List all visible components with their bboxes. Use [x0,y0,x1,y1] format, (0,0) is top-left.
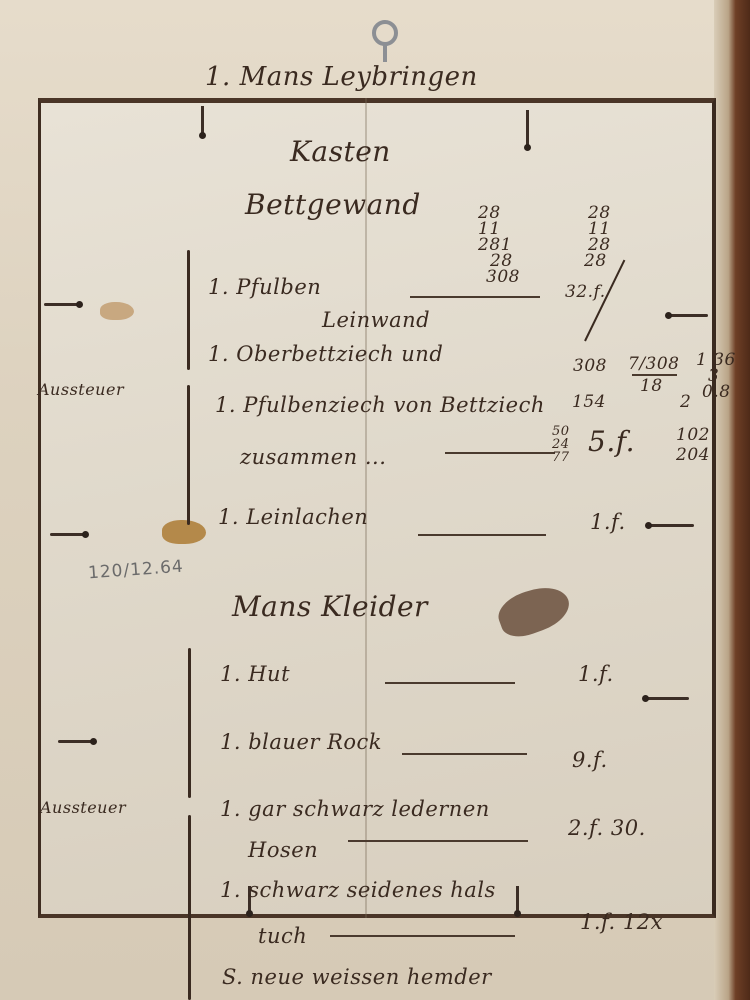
nail-icon [201,106,204,136]
margin-label-aussteuer-2: Aussteuer [40,798,126,817]
item-price: 1.f. [578,662,614,686]
margin-label-aussteuer-1: Aussteuer [38,380,124,399]
brace [187,385,190,525]
item-text: schwarz seidenes hals [248,878,496,902]
line-rule [385,682,515,684]
item-subtext: tuch [258,924,307,948]
item-price: 9.f. [572,748,608,772]
item-text: Oberbettziech und [236,342,443,366]
item-text: blauer Rock [248,730,382,754]
line-rule [445,452,555,454]
eye-hook-stem [383,42,387,62]
nail-icon [645,697,689,700]
calc-column-a: 28 11 281 28 308 [478,205,512,285]
calc-column-d: 102 204 [676,425,710,465]
item-qty: 1. [220,730,241,754]
item-qty: 1. [218,505,239,529]
item-subtext: zusammen ... [240,445,386,469]
item-price: 308 [573,356,607,376]
item-qty: 1. [208,275,229,299]
line-rule [330,935,515,937]
nail-icon [526,110,529,148]
item-price: 5.f. [588,425,635,458]
document-sheet [38,98,716,918]
nail-icon [648,524,694,527]
line-rule [410,296,540,298]
item-text: Hut [248,662,290,686]
nail-icon [668,314,708,317]
item-qty: S. [222,965,243,989]
item-text: neue weissen hemder [251,965,492,989]
heading-kasten: Kasten [290,135,391,168]
heading-mans-kleider: Mans Kleider [232,590,428,623]
calc-divisor: 18 [640,376,663,396]
item-qty: 1. [220,878,241,902]
brace [188,648,191,798]
item-price: 32.f. [565,282,606,302]
heading-bettgewand: Bettgewand [245,188,421,221]
item-qty: 1. [220,797,241,821]
document-header: 1. Mans Leybringen [205,62,478,92]
stain [100,302,134,320]
calc-division: 7/308 [628,354,680,374]
stain [162,520,206,544]
brace [188,815,191,1000]
item-price: 2.f. 30. [568,816,646,840]
frame-edge [714,0,750,1000]
item-price: 1.f. 12x [580,910,663,934]
brace [187,250,190,370]
calc-column-b: 28 11 28 28 [588,205,611,269]
item-price: 1.f. [590,510,626,534]
nail-icon [44,303,80,306]
calc-fraction: 50 24 77 [552,425,570,464]
nail-icon [516,886,519,914]
item-subtext: Leinwand [322,308,430,332]
nail-icon [50,533,86,536]
line-rule [348,840,528,842]
line-rule [402,753,527,755]
item-text: Pfulben [236,275,321,299]
calc-edge-number: 2 [680,392,691,412]
item-text: Leinlachen [246,505,368,529]
item-qty: 1. [220,662,241,686]
nail-icon [58,740,94,743]
calc-154: 154 [572,392,606,412]
item-qty: 1. [215,393,236,417]
item-text: gar schwarz ledernen [248,797,490,821]
item-subtext: Hosen [248,838,318,862]
calc-column-c: 1 36 3 0.8 [696,352,736,400]
item-qty: 1. [208,342,229,366]
item-text: Pfulbenziech von Bettziech [243,393,545,417]
line-rule [418,534,546,536]
